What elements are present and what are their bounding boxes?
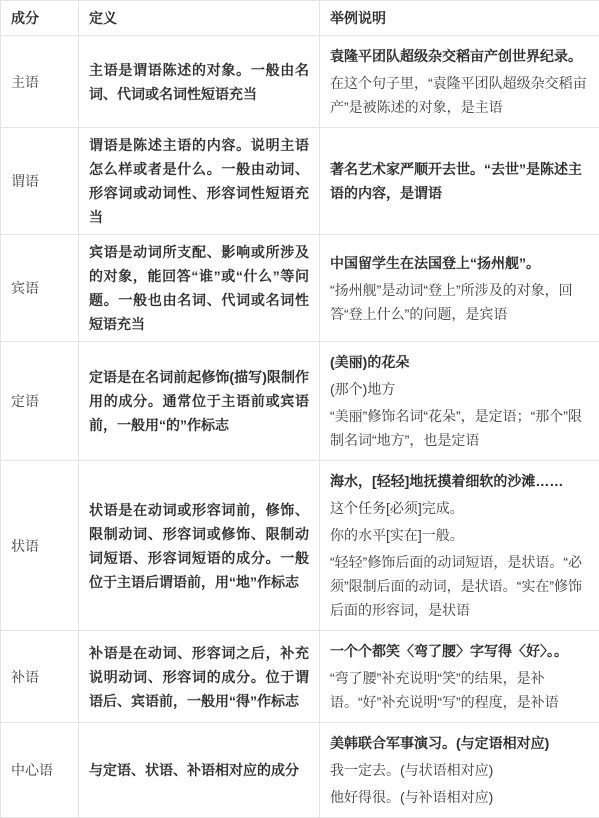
example-paragraph: 中国留学生在法国登上“扬州舰”。	[330, 251, 589, 275]
example-paragraph: 一个个都笑〈弯了腰〉字写得〈好〉。。	[330, 639, 589, 663]
definition-text: 与定语、状语、补语相对应的成分	[79, 723, 320, 818]
example-paragraph: 著名艺术家严顺开去世。“去世”是陈述主语的内容，是谓语	[330, 157, 589, 205]
examples-cell: 美韩联合军事演习。(与定语相对应) 我一定去。(与状语相对应) 他好得很。(与补…	[320, 723, 599, 818]
table-row-subject: 主语 主语是谓语陈述的对象。一般由名词、代词或名词性短语充当 袁隆平团队超级杂交…	[1, 36, 599, 128]
examples-cell: 一个个都笑〈弯了腰〉字写得〈好〉。。 “弯了腰”补充说明“笑”的结果，是补语。“…	[320, 631, 599, 723]
component-label: 宾语	[1, 235, 79, 342]
table-row-adverbial: 状语 状语是在动词或形容词前，修饰、限制动词、形容词或修饰、限制动词短语、形容词…	[1, 461, 599, 631]
example-paragraph: 我一定去。(与状语相对应)	[330, 758, 589, 782]
example-paragraph: “弯了腰”补充说明“笑”的结果，是补语。“好”补充说明“写”的程度，是补语	[330, 666, 589, 714]
example-paragraph: (那个)地方	[330, 377, 589, 401]
examples-cell: 中国留学生在法国登上“扬州舰”。 “扬州舰”是动词“登上”所涉及的对象，回答“登…	[320, 235, 599, 342]
definition-text: 主语是谓语陈述的对象。一般由名词、代词或名词性短语充当	[79, 36, 320, 128]
table-row-headword: 中心语 与定语、状语、补语相对应的成分 美韩联合军事演习。(与定语相对应) 我一…	[1, 723, 599, 818]
header-examples: 举例说明	[320, 1, 599, 36]
example-paragraph: 在这个句子里，“袁隆平团队超级杂交稻亩产”是被陈述的对象，是主语	[330, 71, 589, 119]
example-paragraph: 美韩联合军事演习。(与定语相对应)	[330, 731, 589, 755]
example-paragraph: “美丽”修饰名词“花朵”，是定语；“那个”限制名词“地方”，也是定语	[330, 404, 589, 452]
table-row-complement: 补语 补语是在动词、形容词之后，补充说明动词、形容词的成分。位于谓语后、宾语前，…	[1, 631, 599, 723]
example-paragraph: “轻轻”修饰后面的动词短语，是状语。“必须”限制后面的动词，是状语。“实在”修饰…	[330, 550, 589, 622]
component-label: 补语	[1, 631, 79, 723]
component-label: 中心语	[1, 723, 79, 818]
definition-text: 状语是在动词或形容词前，修饰、限制动词、形容词或修饰、限制动词短语、形容词短语的…	[79, 461, 320, 631]
example-paragraph: 海水，[轻轻]地抚摸着细软的沙滩……	[330, 469, 589, 493]
examples-cell: 著名艺术家严顺开去世。“去世”是陈述主语的内容，是谓语	[320, 128, 599, 235]
example-paragraph: (美丽)的花朵	[330, 350, 589, 374]
example-paragraph: “扬州舰”是动词“登上”所涉及的对象，回答“登上什么”的问题，是宾语	[330, 278, 589, 326]
example-paragraph: 你的水平[实在]一般。	[330, 523, 589, 547]
definition-text: 谓语是陈述主语的内容。说明主语怎么样或者是什么。一般由动词、形容词或动词性、形容…	[79, 128, 320, 235]
examples-cell: (美丽)的花朵 (那个)地方 “美丽”修饰名词“花朵”，是定语；“那个”限制名词…	[320, 342, 599, 461]
definition-text: 定语是在名词前起修饰(描写)限制作用的成分。通常位于主语前或宾语前，一般用“的”…	[79, 342, 320, 461]
table-row-predicate: 谓语 谓语是陈述主语的内容。说明主语怎么样或者是什么。一般由动词、形容词或动词性…	[1, 128, 599, 235]
header-component: 成分	[1, 1, 79, 36]
component-label: 主语	[1, 36, 79, 128]
definition-text: 宾语是动词所支配、影响或所涉及的对象，能回答“谁”或“什么”等问题。一般也由名词…	[79, 235, 320, 342]
component-label: 谓语	[1, 128, 79, 235]
component-label: 定语	[1, 342, 79, 461]
grammar-components-table: 成分 定义 举例说明 主语 主语是谓语陈述的对象。一般由名词、代词或名词性短语充…	[0, 0, 599, 818]
example-paragraph: 他好得很。(与补语相对应)	[330, 785, 589, 809]
example-paragraph: 这个任务[必须]完成。	[330, 496, 589, 520]
grammar-components-page: 成分 定义 举例说明 主语 主语是谓语陈述的对象。一般由名词、代词或名词性短语充…	[0, 0, 599, 738]
component-label: 状语	[1, 461, 79, 631]
table-row-object: 宾语 宾语是动词所支配、影响或所涉及的对象，能回答“谁”或“什么”等问题。一般也…	[1, 235, 599, 342]
examples-cell: 海水，[轻轻]地抚摸着细软的沙滩…… 这个任务[必须]完成。 你的水平[实在]一…	[320, 461, 599, 631]
header-row: 成分 定义 举例说明	[1, 1, 599, 36]
example-paragraph: 袁隆平团队超级杂交稻亩产创世界纪录。	[330, 44, 589, 68]
table-row-attributive: 定语 定语是在名词前起修饰(描写)限制作用的成分。通常位于主语前或宾语前，一般用…	[1, 342, 599, 461]
examples-cell: 袁隆平团队超级杂交稻亩产创世界纪录。 在这个句子里，“袁隆平团队超级杂交稻亩产”…	[320, 36, 599, 128]
header-definition: 定义	[79, 1, 320, 36]
definition-text: 补语是在动词、形容词之后，补充说明动词、形容词的成分。位于谓语后、宾语前，一般用…	[79, 631, 320, 723]
